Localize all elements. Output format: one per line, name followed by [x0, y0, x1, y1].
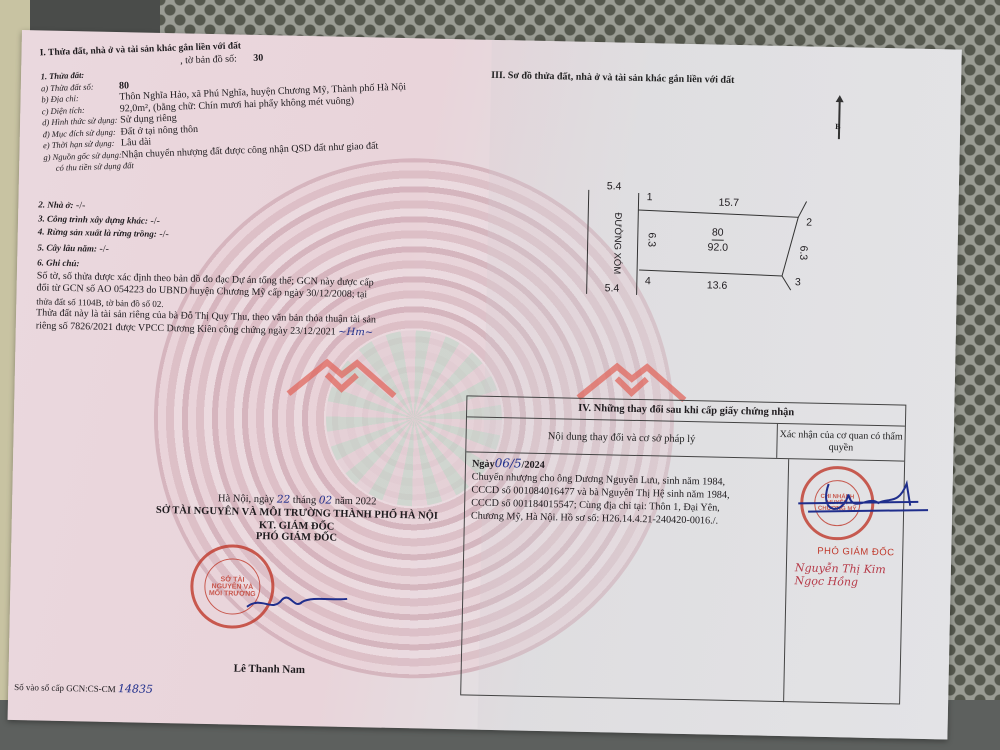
changes-table: IV. Những thay đổi sau khi cấp giấy chứn…	[460, 395, 906, 704]
edge-bottom: 13.6	[707, 279, 728, 292]
confirmation-cell: CHI NHÁNH HUYỆN CHƯƠNG MỸ PHÓ GIÁM ĐỐC N…	[784, 459, 904, 704]
change-entry: Ngày06/5/2024 Chuyển nhượng cho ông Dươn…	[461, 452, 789, 702]
house-logo-icon	[286, 356, 397, 398]
parcel-number: 80	[119, 80, 129, 91]
usage-term: Lâu dài	[121, 137, 152, 149]
confirm-signer: Nguyễn Thị Kim Ngọc Hồng	[794, 561, 902, 589]
map-sheet-number: 30	[253, 52, 263, 63]
initials-signature: ~Hm~	[338, 326, 373, 338]
edge-left: 6.3	[644, 232, 657, 247]
certificate-paper: I. Thửa đất, nhà ở và tài sản khác gắn l…	[8, 30, 962, 740]
section-1-items: 2. Nhà ở: -/- 3. Công trình xây dựng khá…	[36, 198, 469, 341]
signing-block: Hà Nội, ngày 22 tháng 02 năm 2022 SỞ TÀI…	[131, 490, 462, 546]
registry-number: Số vào sổ cấp GCN:CS-CM 14835	[14, 680, 153, 697]
confirm-role: PHÓ GIÁM ĐỐC	[817, 546, 894, 559]
col-header-content: Nội dung thay đổi và cơ sở pháp lý	[466, 417, 778, 458]
table-row: Ngày06/5/2024 Chuyển nhượng cho ông Dươn…	[461, 452, 904, 704]
plot-number: 80	[712, 226, 724, 240]
signature-le-thanh-nam	[242, 587, 353, 619]
edge-right: 6.3	[796, 245, 809, 260]
signature-confirm	[788, 473, 929, 526]
signer-name: Lê Thanh Nam	[234, 663, 306, 676]
parcel-diagram: 5.4 5.4 ĐƯỜNG XÓM 1 2 3 4 15.7 6.3 13.6 …	[576, 182, 819, 312]
edge-top: 15.7	[718, 197, 739, 210]
plot-area: 92.0	[707, 241, 728, 254]
house-logo-icon	[576, 360, 687, 402]
col-header-confirmation: Xác nhận của cơ quan có thẩm quyền	[777, 424, 905, 461]
road-label: ĐƯỜNG XÓM	[610, 212, 624, 274]
section-1-land-parcel: I. Thửa đất, nhà ở và tài sản khác gắn l…	[40, 33, 474, 174]
